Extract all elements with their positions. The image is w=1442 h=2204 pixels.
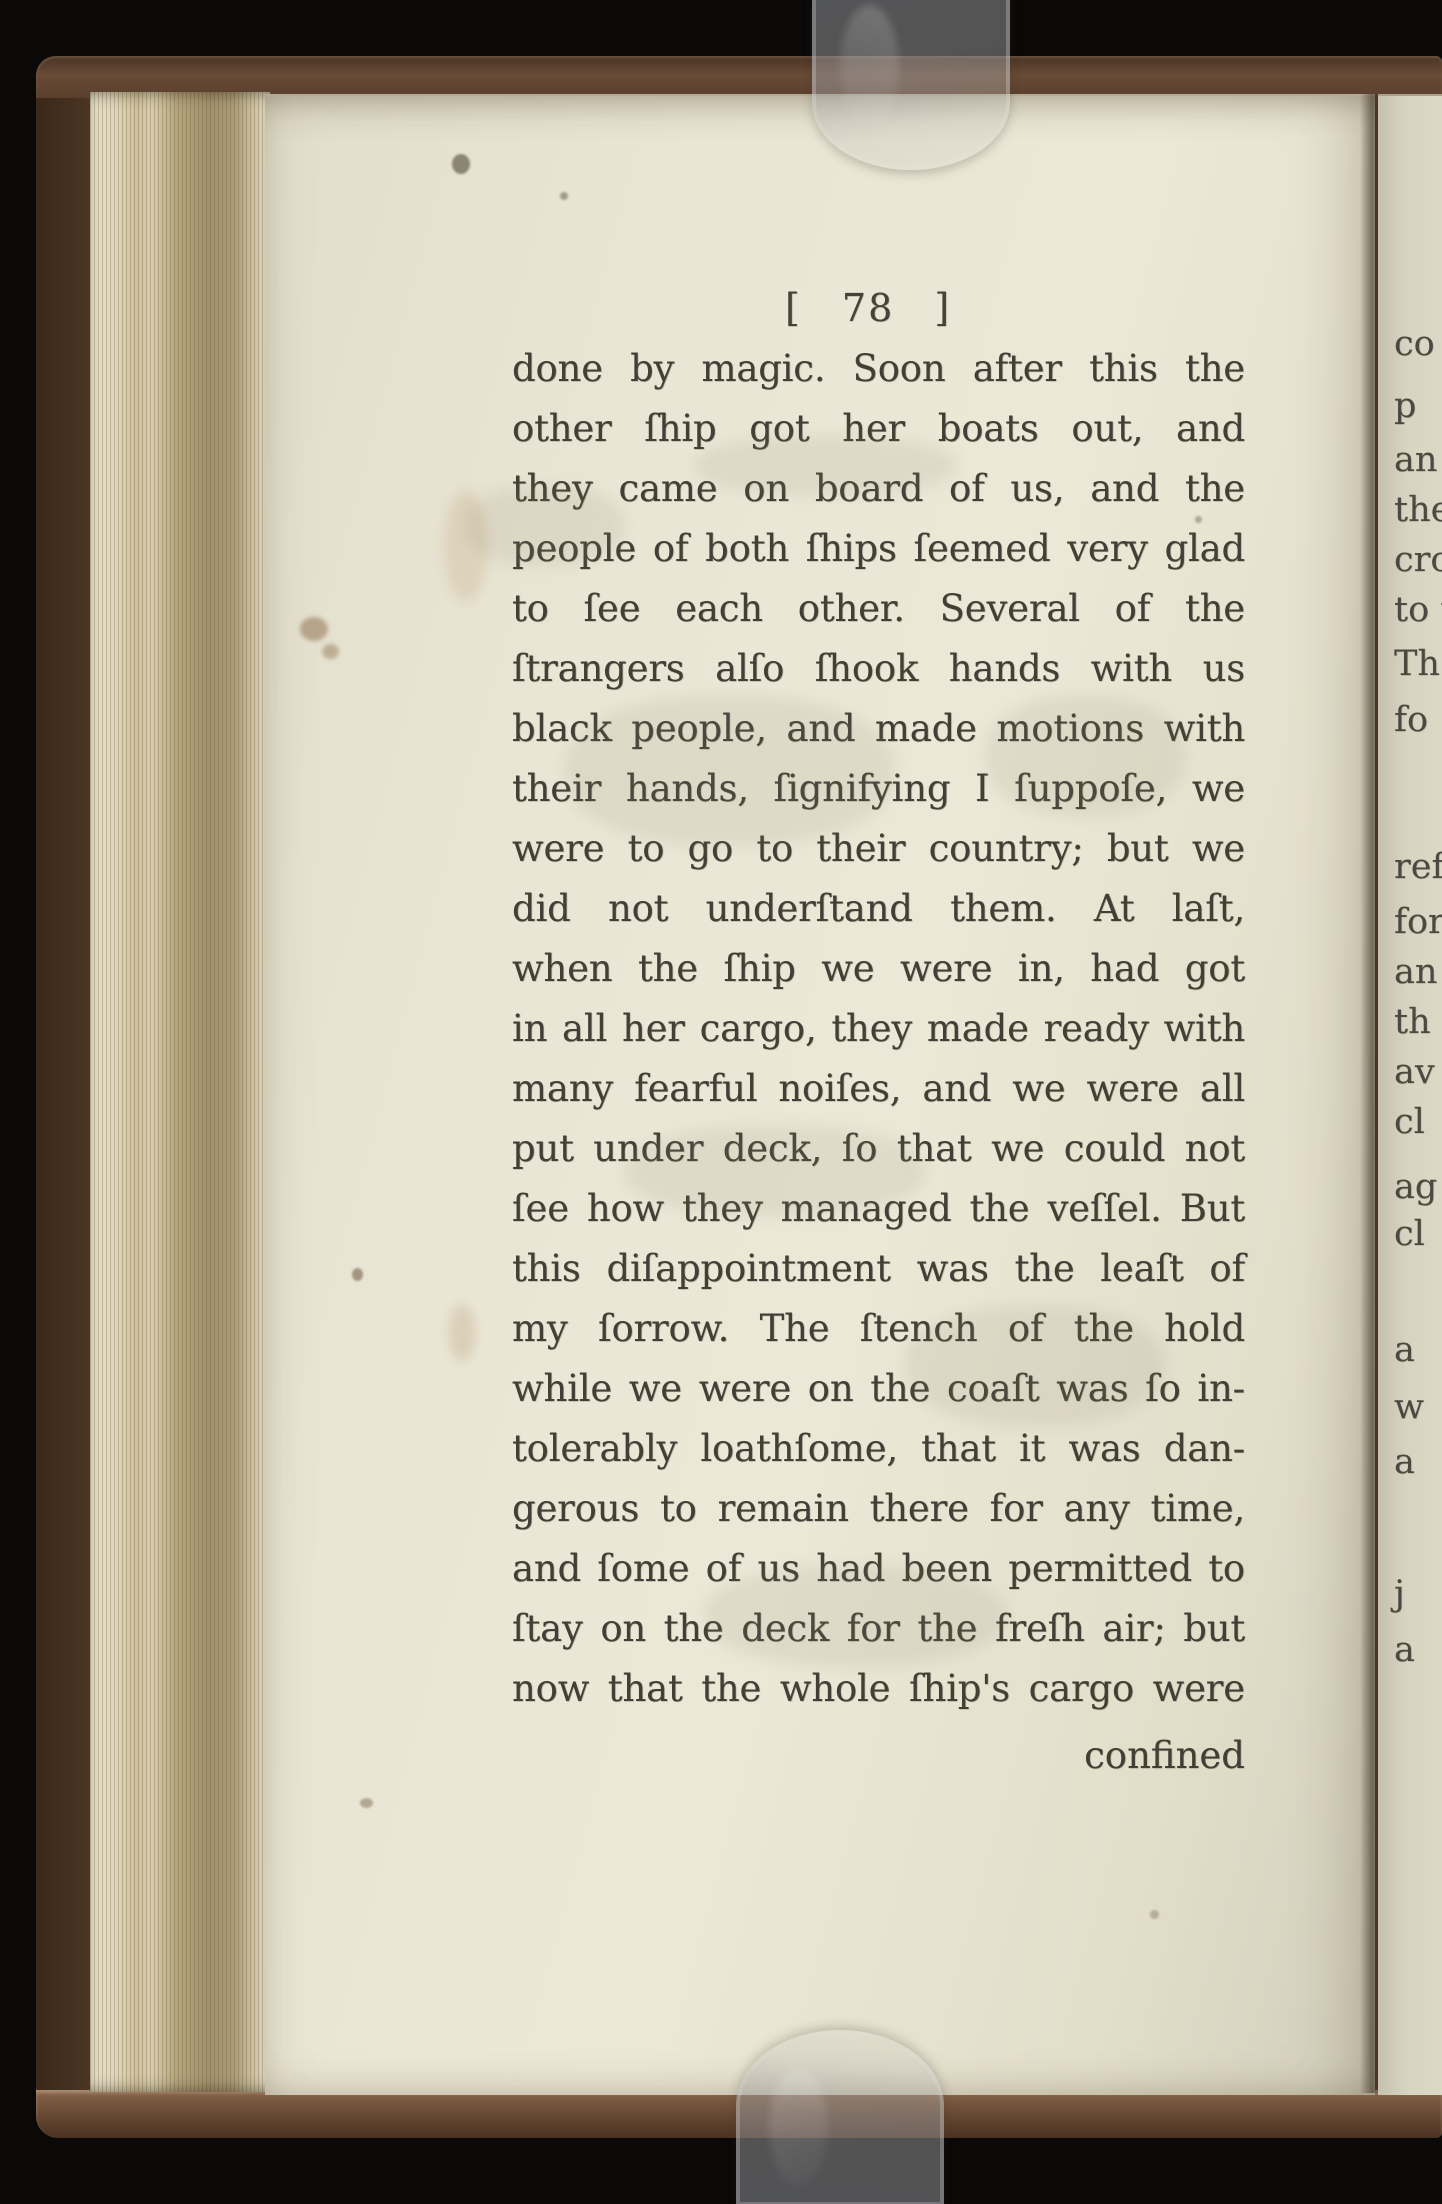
text-line: in all her cargo, they made ready with [512, 1003, 1245, 1063]
facing-page-text-fragment: co [1394, 324, 1435, 364]
facing-page-text-fragment: cl [1394, 1214, 1425, 1254]
text-line: done by magic. Soon after this the [512, 343, 1245, 403]
facing-page-text-fragment: an [1394, 952, 1437, 992]
paper-stain [452, 154, 470, 174]
text-line: many fearful noiſes, and we were all [512, 1063, 1245, 1123]
page-text-block: done by magic. Soon after this theother … [265, 96, 1375, 2095]
paper-stain [1150, 1910, 1159, 1919]
facing-page-text-fragment: Th [1394, 644, 1440, 684]
text-line: gerous to remain there for any time, [512, 1483, 1245, 1543]
paper-stain [1195, 516, 1202, 523]
facing-page-text-fragment: p [1394, 386, 1416, 426]
facing-page-text-fragment: for [1394, 902, 1442, 942]
page-fore-edges [90, 92, 270, 2092]
text-line: were to go to their country; but we [512, 823, 1245, 883]
paper-show-through [625, 1126, 925, 1216]
facing-page-text-fragment: the [1394, 490, 1442, 530]
paper-stain [444, 490, 488, 602]
paper-show-through [695, 436, 955, 496]
facing-page-text-fragment: cl [1394, 1102, 1425, 1142]
paper-stain [360, 1798, 373, 1808]
bottom-book-snake-clamp [736, 2030, 944, 2204]
text-line: tolerably loathſome, that it was dan- [512, 1423, 1245, 1483]
paper-stain [322, 644, 339, 659]
facing-page-text-fragment: av [1394, 1052, 1435, 1092]
paper-show-through [465, 486, 625, 566]
facing-page-text-fragment: ag [1394, 1167, 1437, 1207]
catchword: confined [512, 1734, 1245, 1777]
facing-page-text-fragment: to t [1394, 590, 1442, 630]
text-line: when the ſhip we were in, had got [512, 943, 1245, 1003]
facing-page-edge: copanthecroto tThforefforanthavclagclawa… [1378, 94, 1442, 2095]
top-book-snake-clamp [812, 0, 1010, 170]
facing-page-text-fragment: cro [1394, 540, 1442, 580]
facing-page-text-fragment: fo [1394, 700, 1428, 740]
paper-stain [352, 1268, 363, 1281]
text-line: to ſee each other. Several of the [512, 583, 1245, 643]
text-line: did not underſtand them. At laſt, [512, 883, 1245, 943]
text-line: now that the whole ſhip's cargo were [512, 1663, 1245, 1723]
paper-show-through [905, 1306, 1165, 1426]
paper-stain [560, 192, 568, 200]
text-line: this diſappointment was the leaſt of [512, 1243, 1245, 1303]
paper-show-through [705, 1566, 1005, 1666]
book-photograph: [ 78 ] done by magic. Soon after this th… [0, 0, 1442, 2204]
paper-stain [448, 1304, 476, 1362]
facing-page-text-fragment: a [1394, 1442, 1415, 1482]
facing-page-text-fragment: a [1394, 1630, 1415, 1670]
book-page: [ 78 ] done by magic. Soon after this th… [265, 94, 1375, 2095]
text-line: ſtrangers alſo ſhook hands with us [512, 643, 1245, 703]
facing-page-text-fragment: w [1394, 1387, 1424, 1427]
facing-page-text-fragment: an [1394, 440, 1437, 480]
facing-page-text-fragment: a [1394, 1330, 1415, 1370]
paper-show-through [985, 696, 1185, 816]
facing-page-text-fragment: j [1394, 1574, 1405, 1614]
facing-page-text-fragment: th [1394, 1002, 1431, 1042]
paper-stain [300, 617, 328, 641]
paper-show-through [565, 696, 895, 846]
facing-page-text-fragment: ref [1394, 847, 1442, 887]
